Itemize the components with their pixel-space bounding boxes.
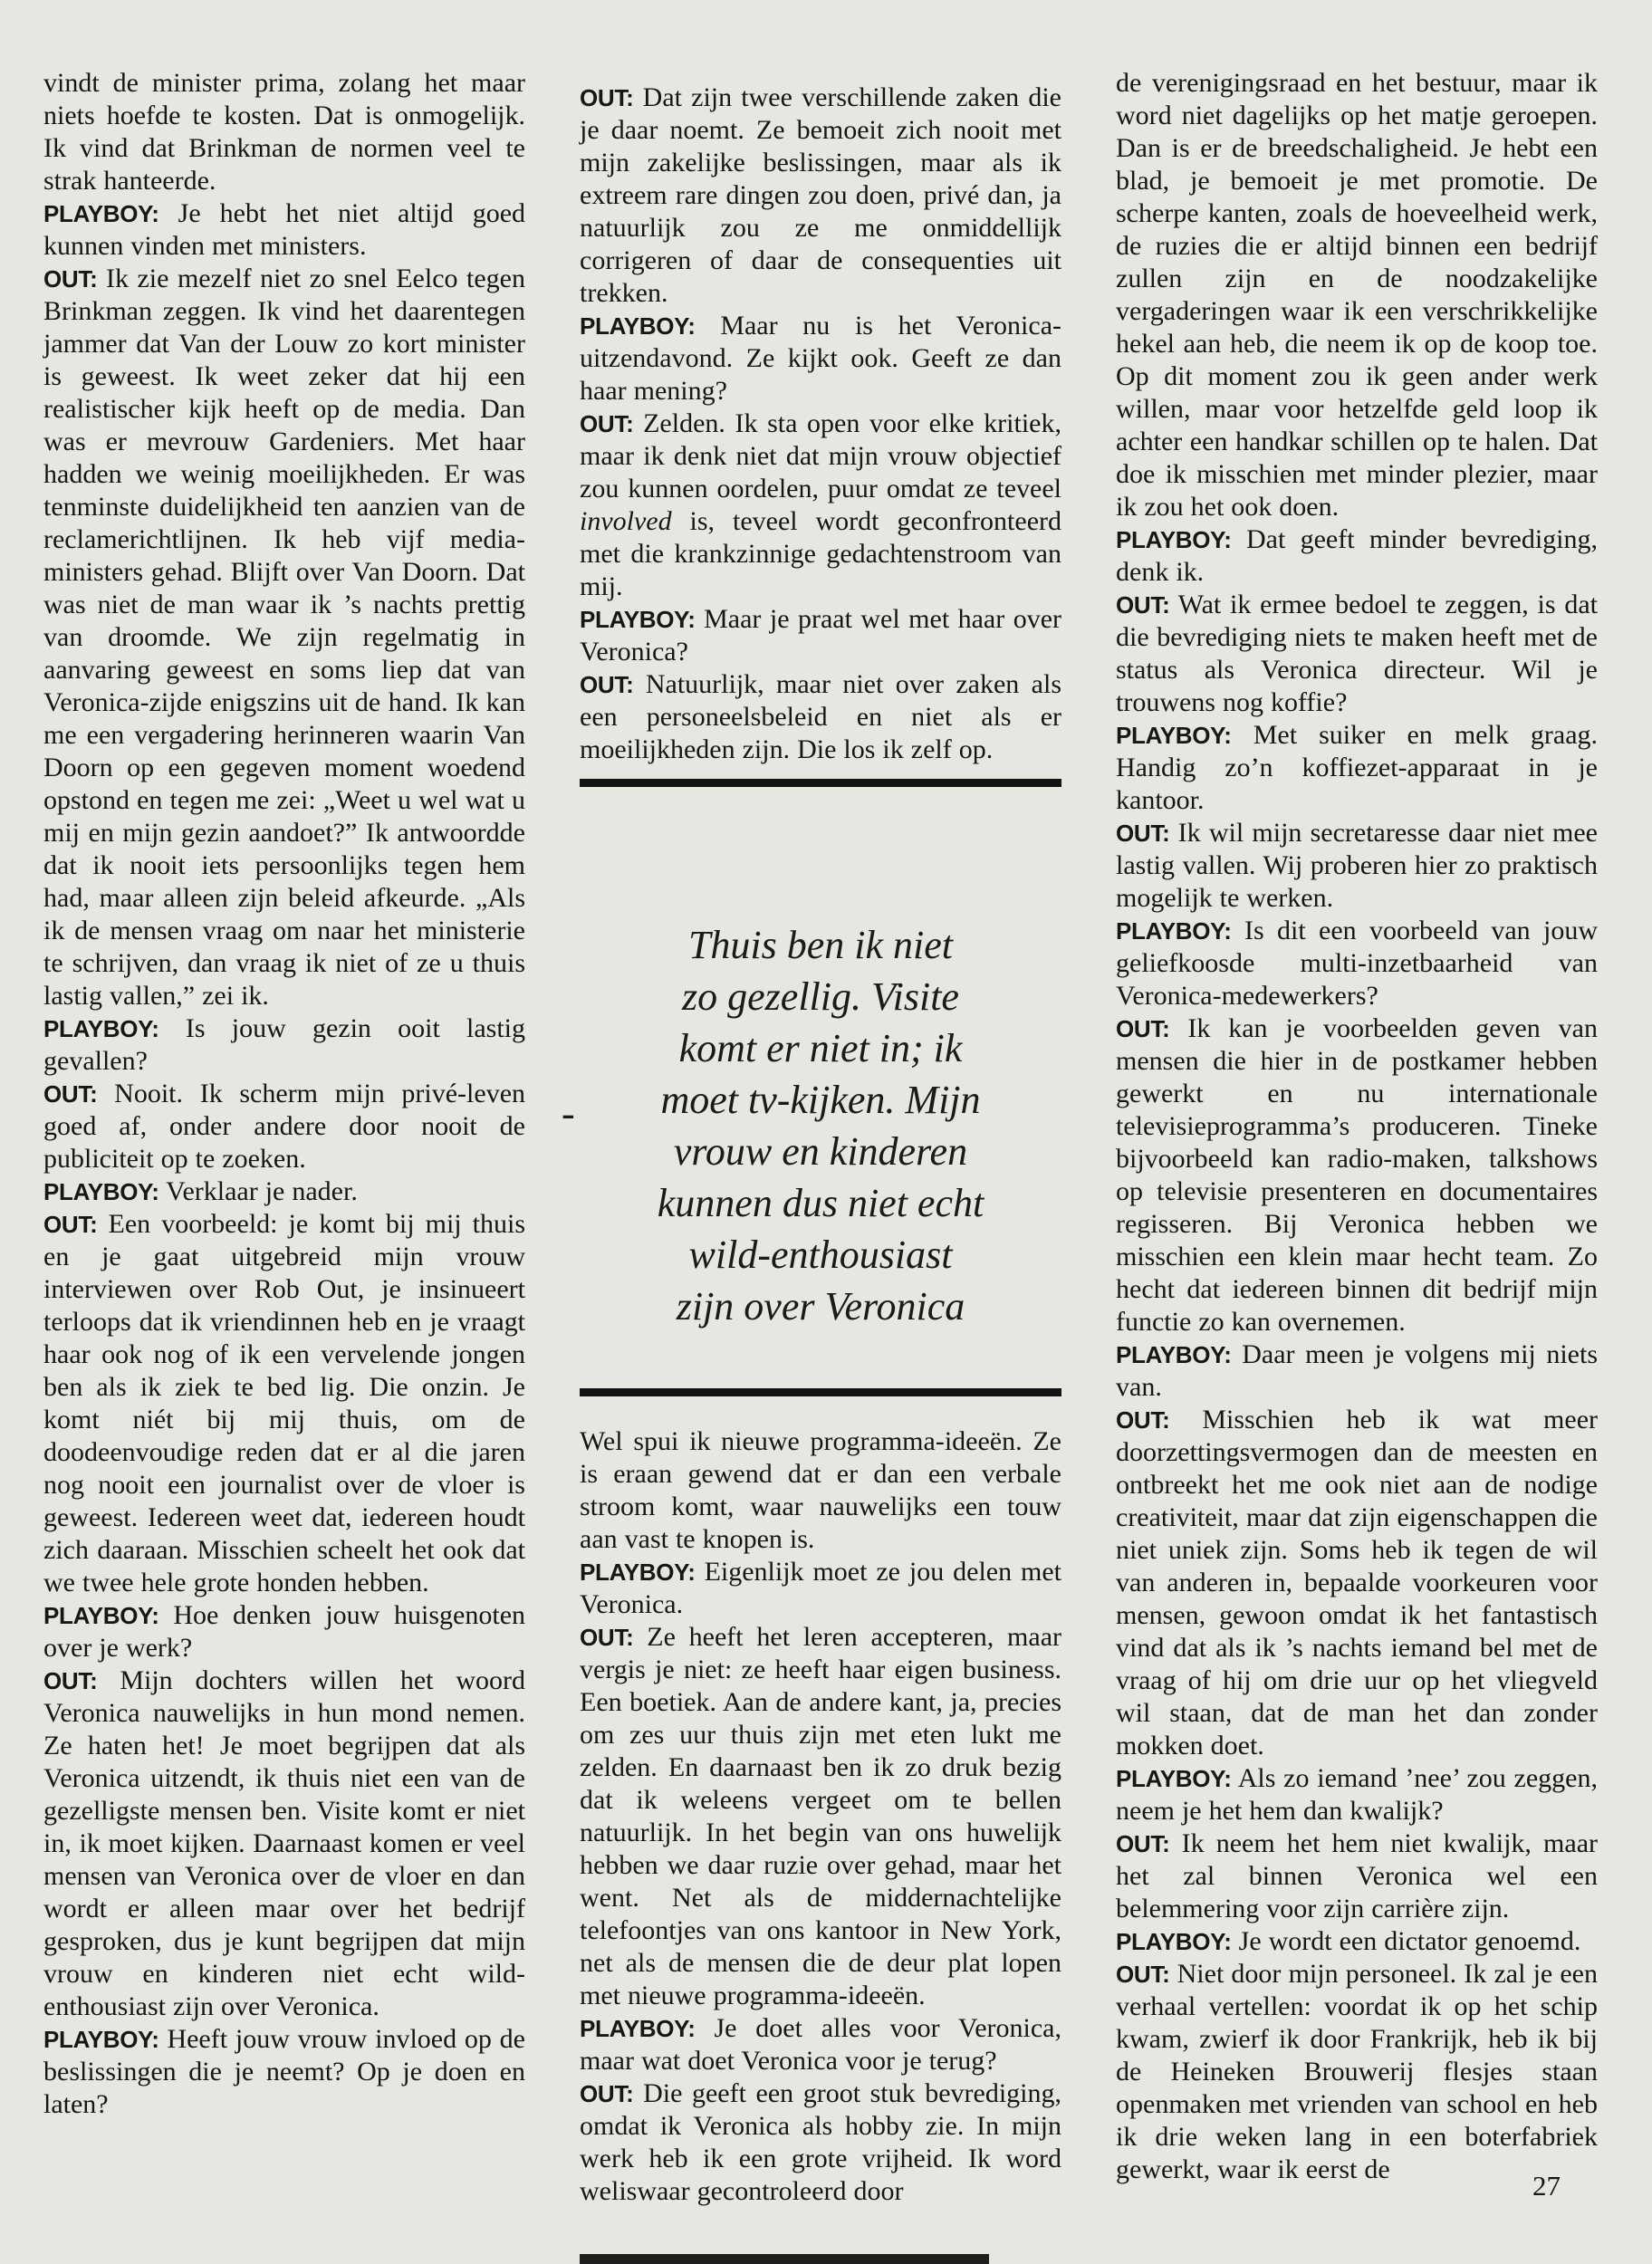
speaker-label: OUT: (580, 671, 633, 698)
interview-paragraph: OUT: Niet door mijn personeel. Ik zal je… (1116, 1958, 1598, 2186)
column-3: de verenigingsraad en het bestuur, maar … (1116, 67, 1598, 2208)
column-1: vindt de minister prima, zolang het maar… (43, 67, 525, 2208)
speaker-label: OUT: (580, 2080, 633, 2107)
pull-quote-line: wild-enthousiast (689, 1233, 953, 1277)
pull-quote-line: Thuis ben ik niet (688, 923, 953, 967)
interview-paragraph: PLAYBOY: Heeft jouw vrouw invloed op de … (43, 2023, 525, 2121)
interview-paragraph: de verenigingsraad en het bestuur, maar … (1116, 67, 1598, 523)
speaker-label: PLAYBOY: (580, 312, 696, 340)
interview-paragraph: OUT: Ze heeft het leren accepteren, maar… (580, 1621, 1061, 2012)
speaker-label: PLAYBOY: (43, 1602, 159, 1629)
speaker-label: OUT: (580, 1624, 633, 1651)
pull-quote-line: vrouw en kinderen (674, 1129, 967, 1174)
speaker-label: PLAYBOY: (1116, 1765, 1232, 1792)
speaker-label: OUT: (43, 1667, 97, 1694)
speaker-label: PLAYBOY: (43, 1178, 159, 1205)
magazine-page: vindt de minister prima, zolang het maar… (0, 0, 1652, 2264)
interview-paragraph: PLAYBOY: Maar nu is het Veronica-uitzend… (580, 310, 1061, 408)
interview-paragraph: PLAYBOY: Je hebt het niet altijd goed ku… (43, 197, 525, 263)
interview-paragraph: PLAYBOY: Maar je praat wel met haar over… (580, 603, 1061, 668)
interview-paragraph: OUT: Wat ik ermee bedoel te zeggen, is d… (1116, 589, 1598, 719)
divider-rule (580, 779, 1061, 787)
interview-paragraph: OUT: Ik wil mijn secretaresse daar niet … (1116, 817, 1598, 915)
speaker-label: OUT: (580, 84, 633, 111)
pull-quote-line: moet tv-kijken. Mijn (660, 1078, 980, 1122)
speaker-label: PLAYBOY: (1116, 1928, 1232, 1955)
divider-rule (580, 1388, 1061, 1396)
speaker-label: OUT: (1116, 1961, 1169, 1988)
italic-word: involved (580, 506, 672, 536)
interview-paragraph: OUT: Ik kan je voorbeelden geven van men… (1116, 1012, 1598, 1338)
interview-paragraph: PLAYBOY: Is dit een voorbeeld van jouw g… (1116, 915, 1598, 1012)
interview-paragraph: OUT: Een voorbeeld: je komt bij mij thui… (43, 1208, 525, 1599)
interview-paragraph: OUT: Die geeft een groot stuk bevredigin… (580, 2077, 1061, 2208)
speaker-label: PLAYBOY: (580, 2015, 696, 2042)
interview-paragraph: OUT: Ik zie mezelf niet zo snel Eelco te… (43, 263, 525, 1012)
interview-paragraph: OUT: Natuurlijk, maar niet over zaken al… (580, 668, 1061, 766)
speaker-label: OUT: (1116, 1015, 1169, 1042)
speaker-label: PLAYBOY: (43, 2026, 159, 2053)
interview-paragraph: OUT: Zelden. Ik sta open voor elke kriti… (580, 408, 1061, 603)
speaker-label: PLAYBOY: (580, 606, 696, 633)
speaker-label: PLAYBOY: (1116, 722, 1232, 749)
column-2: OUT: Dat zijn twee verschillende zaken d… (580, 67, 1061, 2208)
interview-paragraph: PLAYBOY: Je wordt een dictator genoemd. (1116, 1925, 1598, 1958)
interview-paragraph: PLAYBOY: Daar meen je volgens mij niets … (1116, 1338, 1598, 1404)
interview-paragraph: PLAYBOY: Je doet alles voor Veronica, ma… (580, 2012, 1061, 2077)
speaker-label: PLAYBOY: (1116, 1341, 1232, 1368)
speaker-label: PLAYBOY: (1116, 526, 1232, 553)
pull-quote: Thuis ben ik nietzo gezellig. Visitekomt… (580, 919, 1061, 1332)
speaker-label: OUT: (1116, 820, 1169, 847)
speaker-label: PLAYBOY: (43, 1015, 159, 1042)
interview-paragraph: PLAYBOY: Hoe denken jouw huisgenoten ove… (43, 1599, 525, 1664)
interview-paragraph: vindt de minister prima, zolang het maar… (43, 67, 525, 197)
interview-paragraph: OUT: Nooit. Ik scherm mijn privé-leven g… (43, 1078, 525, 1175)
speaker-label: OUT: (43, 1211, 97, 1238)
interview-paragraph: PLAYBOY: Dat geeft minder bevrediging, d… (1116, 523, 1598, 589)
interview-paragraph: OUT: Misschien heb ik wat meer doorzetti… (1116, 1404, 1598, 1762)
columns-container: vindt de minister prima, zolang het maar… (0, 0, 1652, 2208)
scan-edge-artifact (580, 2254, 989, 2264)
speaker-label: OUT: (43, 265, 97, 293)
interview-paragraph: OUT: Mijn dochters willen het woord Vero… (43, 1664, 525, 2023)
pull-quote-line: zo gezellig. Visite (682, 974, 959, 1019)
speaker-label: OUT: (1116, 1406, 1169, 1434)
speaker-label: OUT: (1116, 1830, 1169, 1857)
speaker-label: PLAYBOY: (43, 200, 159, 227)
speaker-label: PLAYBOY: (1116, 917, 1232, 945)
interview-paragraph: PLAYBOY: Als zo iemand ’nee’ zou zeggen,… (1116, 1762, 1598, 1828)
interview-paragraph: OUT: Ik neem het hem niet kwalijk, maar … (1116, 1828, 1598, 1925)
page-number: 27 (1532, 2170, 1561, 2202)
interview-paragraph: PLAYBOY: Met suiker en melk graag. Handi… (1116, 719, 1598, 817)
interview-paragraph: PLAYBOY: Verklaar je nader. (43, 1175, 525, 1208)
speaker-label: OUT: (43, 1080, 97, 1108)
interview-paragraph: Wel spui ik nieuwe programma-ideeën. Ze … (580, 1425, 1061, 1556)
speaker-label: PLAYBOY: (580, 1559, 696, 1586)
speaker-label: OUT: (1116, 591, 1169, 619)
pull-quote-line: komt er niet in; ik (679, 1026, 963, 1070)
pull-quote-line: kunnen dus niet echt (658, 1181, 984, 1225)
pull-quote-line: zijn over Veronica (677, 1284, 965, 1329)
interview-paragraph: PLAYBOY: Is jouw gezin ooit lastig geval… (43, 1012, 525, 1078)
speaker-label: OUT: (580, 410, 633, 437)
stray-print-mark: - (562, 1090, 575, 1137)
interview-paragraph: OUT: Dat zijn twee verschillende zaken d… (580, 82, 1061, 310)
interview-paragraph: PLAYBOY: Eigenlijk moet ze jou delen met… (580, 1556, 1061, 1621)
